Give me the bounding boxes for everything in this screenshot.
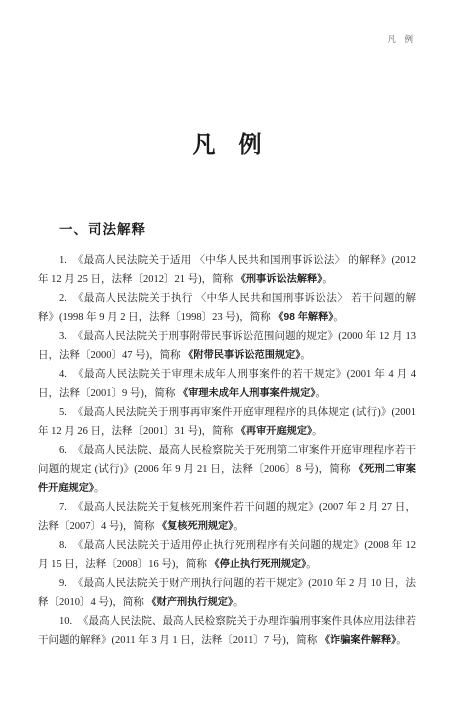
item-number: 5. — [59, 407, 67, 418]
item-abbreviation: 《再审开庭规定》 — [236, 426, 312, 437]
list-item: 2.《最高人民法院关于执行 〈中华人民共和国刑事诉讼法〉 若干问题的解释》(19… — [38, 289, 416, 327]
item-abbreviation: 《停止执行死刑规定》 — [210, 559, 307, 570]
item-number: 2. — [59, 293, 67, 304]
item-end: 。 — [312, 426, 323, 437]
running-header-text: 凡 例 — [387, 34, 413, 44]
item-text: 《最高人民法院关于刑事再审案件开庭审理程序的具体规定 (试行)》(2001 年 … — [38, 407, 416, 437]
item-number: 7. — [59, 502, 67, 513]
item-abbreviation: 《财产刑执行规定》 — [147, 597, 234, 608]
book-page: 凡 例 凡 例 一、司法解释 1.《最高人民法院关于适用 〈中华人民共和国刑事诉… — [0, 0, 454, 709]
item-end: 。 — [94, 483, 105, 494]
item-end: 。 — [316, 388, 327, 399]
item-text: 《最高人民法院关于适用 〈中华人民共和国刑事诉讼法〉 的解释》(2012 年 1… — [38, 255, 416, 285]
item-end: 。 — [322, 274, 333, 285]
item-number: 8. — [59, 540, 67, 551]
item-end: 。 — [396, 635, 407, 646]
item-abbreviation: 《诈骗案件解释》 — [320, 635, 396, 646]
section-heading: 一、司法解释 — [59, 222, 454, 237]
list-item: 1.《最高人民法院关于适用 〈中华人民共和国刑事诉讼法〉 的解释》(2012 年… — [38, 251, 416, 289]
explanatory-notes-list: 1.《最高人民法院关于适用 〈中华人民共和国刑事诉讼法〉 的解释》(2012 年… — [0, 251, 454, 650]
list-item: 9.《最高人民法院关于财产刑执行问题的若干规定》(2010 年 2 月 10 日… — [38, 574, 416, 612]
item-number: 9. — [59, 578, 67, 589]
item-end: 。 — [300, 350, 311, 361]
page-title: 凡 例 — [0, 131, 454, 159]
list-item: 7.《最高人民法院关于复核死刑案件若干问题的规定》(2007 年 2 月 27 … — [38, 498, 416, 536]
item-number: 1. — [59, 255, 67, 266]
item-abbreviation: 《98 年解释》 — [273, 312, 333, 323]
item-abbreviation: 《附带民事诉讼范围规定》 — [183, 350, 300, 361]
item-number: 6. — [59, 445, 67, 456]
list-item: 6.《最高人民法院、最高人民检察院关于死刑第二审案件开庭审理程序若干问题的规定 … — [38, 441, 416, 498]
item-abbreviation: 《审理未成年人刑事案件规定》 — [178, 388, 316, 399]
item-number: 3. — [59, 331, 67, 342]
item-number: 4. — [59, 369, 67, 380]
item-end: 。 — [306, 559, 317, 570]
item-end: 。 — [233, 521, 244, 532]
running-header: 凡 例 — [0, 0, 454, 45]
list-item: 4.《最高人民法院关于审理未成年人刑事案件的若干规定》(2001 年 4 月 4… — [38, 365, 416, 403]
item-end: 。 — [233, 597, 244, 608]
list-item: 10.《最高人民法院、最高人民检察院关于办理诈骗刑事案件具体应用法律若干问题的解… — [38, 612, 416, 650]
list-item: 5.《最高人民法院关于刑事再审案件开庭审理程序的具体规定 (试行)》(2001 … — [38, 403, 416, 441]
list-item: 3.《最高人民法院关于刑事附带民事诉讼范围问题的规定》(2000 年 12 月 … — [38, 327, 416, 365]
item-text: 《最高人民法院关于执行 〈中华人民共和国刑事诉讼法〉 若干问题的解释》(1998… — [38, 293, 416, 323]
item-abbreviation: 《刑事诉讼法解释》 — [236, 274, 323, 285]
item-end: 。 — [333, 312, 344, 323]
list-item: 8.《最高人民法院关于适用停止执行死刑程序有关问题的规定》(2008 年 12 … — [38, 536, 416, 574]
item-abbreviation: 《复核死刑规定》 — [157, 521, 233, 532]
item-number: 10. — [59, 616, 72, 627]
